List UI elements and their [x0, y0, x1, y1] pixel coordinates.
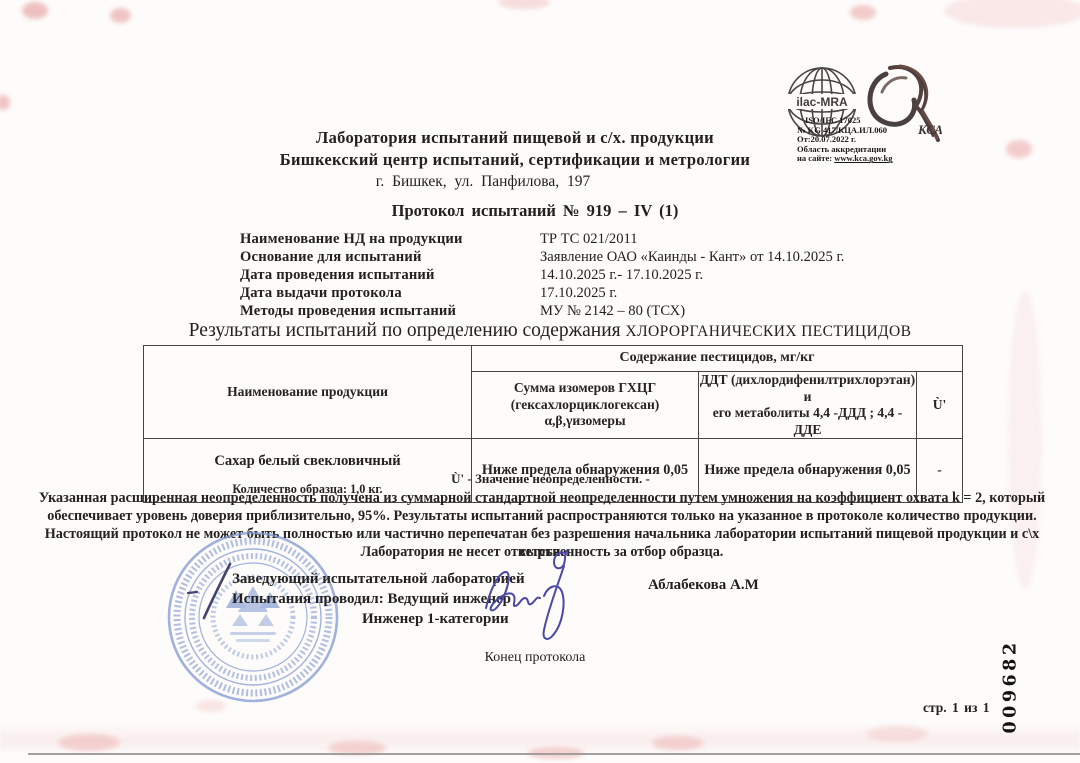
field-value: ТР ТС 021/2011	[540, 231, 638, 248]
scan-artifact	[0, 95, 10, 110]
signature-role-tester: Испытания проводил: Ведущий инженер	[232, 591, 511, 608]
note-paragraph-line: Указанная расширенная неопределенность п…	[38, 489, 1046, 507]
scan-artifact-band	[0, 722, 1080, 752]
col-header-ddt: ДДТ (дихлордифенилтрихлорэтан) иего мета…	[699, 372, 917, 439]
note-paragraph-line: обеспечивает уровень доверия приблизител…	[38, 507, 1046, 525]
uncertainty-note: Ù' - Значение неопределенности. -	[143, 471, 958, 487]
product-name: Сахар белый свекловичный	[144, 453, 471, 470]
scan-artifact	[850, 5, 876, 20]
results-title-caps: хлорорганических пестицидов	[626, 323, 912, 340]
col-header-group: Содержание пестицидов, мг/кг	[472, 346, 963, 372]
field-value: МУ № 2142 – 80 (ТСХ)	[540, 303, 685, 320]
page-edge-shadow	[28, 753, 1080, 755]
field-value: 17.10.2025 г.	[540, 285, 617, 302]
col-header-hch: Сумма изомеров ГХЦГ(гексахлорциклогексан…	[472, 372, 699, 439]
field-value: Заявление ОАО «Каинды - Кант» от 14.10.2…	[540, 249, 844, 266]
end-of-protocol-label: Конец протокола	[420, 650, 650, 666]
serial-number-vertical: 009682	[1001, 639, 1028, 735]
scanned-protocol-document: ilac-MRA КСА ISO/IEC 17025 № KG 417/КЦА.…	[0, 0, 1080, 763]
field-label: Методы проведения испытаний	[240, 303, 456, 320]
protocol-title: Протокол испытаний № 919 – IV (1)	[0, 201, 1070, 221]
scan-artifact	[945, 0, 1080, 28]
lab-address: г. Бишкек, ул. Панфилова, 197	[0, 173, 966, 191]
handwritten-slash-mark	[186, 560, 238, 622]
ilac-mra-label: ilac-MRA	[796, 95, 848, 109]
protocol-fields: Наименование НД на продукцииТР ТС 021/20…	[0, 231, 1080, 321]
scan-artifact	[498, 0, 550, 9]
col-header-uncertainty: Ù'	[917, 372, 963, 439]
scan-artifact	[110, 8, 131, 23]
field-label: Дата выдачи протокола	[240, 285, 402, 302]
field-label: Наименование НД на продукции	[240, 231, 463, 248]
page-number: стр. 1 из 1	[923, 700, 990, 716]
lab-name-line2: Бишкекский центр испытаний, сертификации…	[0, 150, 1030, 170]
results-title: Результаты испытаний по определению соде…	[120, 320, 980, 342]
field-label: Основание для испытаний	[240, 249, 422, 266]
handwritten-signature	[478, 546, 600, 644]
field-label: Дата проведения испытаний	[240, 267, 435, 284]
lab-name-line1: Лаборатория испытаний пищевой и с/х. про…	[0, 128, 1030, 148]
signatory-name: Аблабекова А.М	[648, 577, 759, 594]
scan-artifact	[22, 2, 48, 19]
field-value: 14.10.2025 г.- 17.10.2025 г.	[540, 267, 703, 284]
col-header-product: Наименование продукции	[144, 346, 472, 439]
